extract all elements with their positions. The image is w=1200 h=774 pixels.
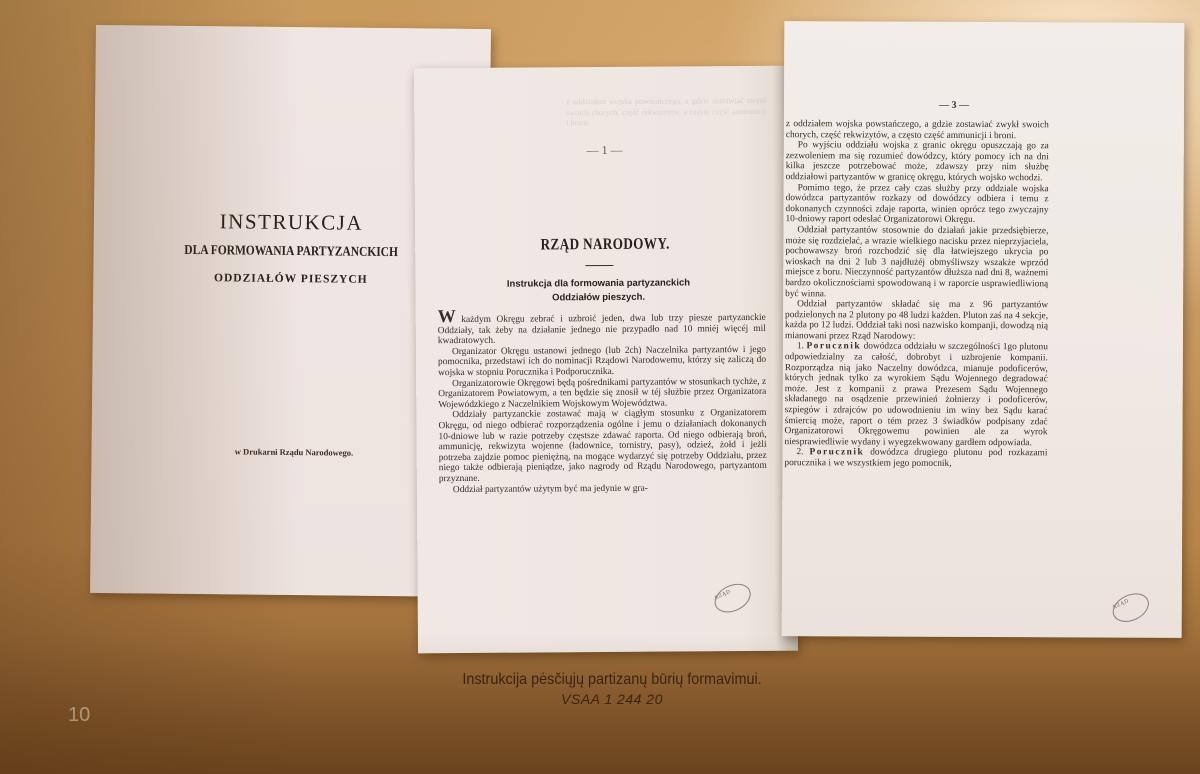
paragraph: Organizator Okręgu ustanowi jednego (lub… [438, 345, 766, 379]
page-number-label: — 3 — [784, 99, 1184, 112]
paragraph: Oddział partyzantów składać się ma z 96 … [785, 299, 1048, 343]
figure-caption: Instrukcija pėsčiųjų partizanų būrių for… [400, 670, 824, 708]
document-heading: RZĄD NARODOWY. [449, 235, 761, 255]
paragraph: Oddziały partyzanckie zostawać mają w ci… [438, 408, 767, 484]
document-body: W każdym Okręgu zebrać i uzbroić jeden, … [438, 309, 767, 495]
document-page-1: z oddziałem wojska powstańczego, a gdzie… [414, 66, 798, 654]
paragraph: Organizatorowie Okręgowi będą pośrednika… [438, 376, 766, 410]
numbered-paragraph: 1. Porucznik dowódzca oddziału w szczegó… [784, 342, 1047, 449]
bleed-through-text: z oddziałem wojska powstańczego, a gdzie… [566, 96, 766, 129]
paragraph: Oddział partyzantów użytym być ma jedyni… [439, 482, 767, 495]
archive-stamp-icon: RZĄD [710, 578, 755, 618]
archive-reference: VSAA 1 244 20 [400, 690, 824, 708]
paragraph: W każdym Okręgu zebrać i uzbroić jeden, … [438, 309, 766, 347]
book-page-number: 10 [68, 704, 90, 727]
paragraph: Oddział partyzantów stosownie do działań… [785, 225, 1048, 300]
caption-text: Instrukcija pėsčiųjų partizanų būrių for… [421, 670, 803, 690]
heading-rule [585, 265, 613, 266]
page-number-label: — 1 — [414, 142, 794, 160]
subtitle-line-1: DLA FORMOWANIA PARTYZANCKICH [123, 241, 459, 261]
archive-stamp-icon: RZĄD [1108, 588, 1153, 628]
document-page-3: — 3 — z oddziałem wojska powstańczego, a… [782, 21, 1185, 638]
numbered-paragraph: 2. Porucznik dowódzca drugiego plutonu p… [784, 448, 1047, 470]
paragraph: Pomimo tego, że przez cały czas służby p… [785, 183, 1048, 227]
document-subheading: Instrukcja dla formowania partyzanckich … [415, 276, 795, 307]
document-body: z oddziałem wojska powstańczego, a gdzie… [784, 119, 1049, 470]
paragraph: Po wyjściu oddziału wojska z granic okrę… [786, 140, 1049, 184]
drop-cap: W [438, 306, 456, 326]
paragraph: z oddziałem wojska powstańczego, a gdzie… [786, 119, 1049, 141]
